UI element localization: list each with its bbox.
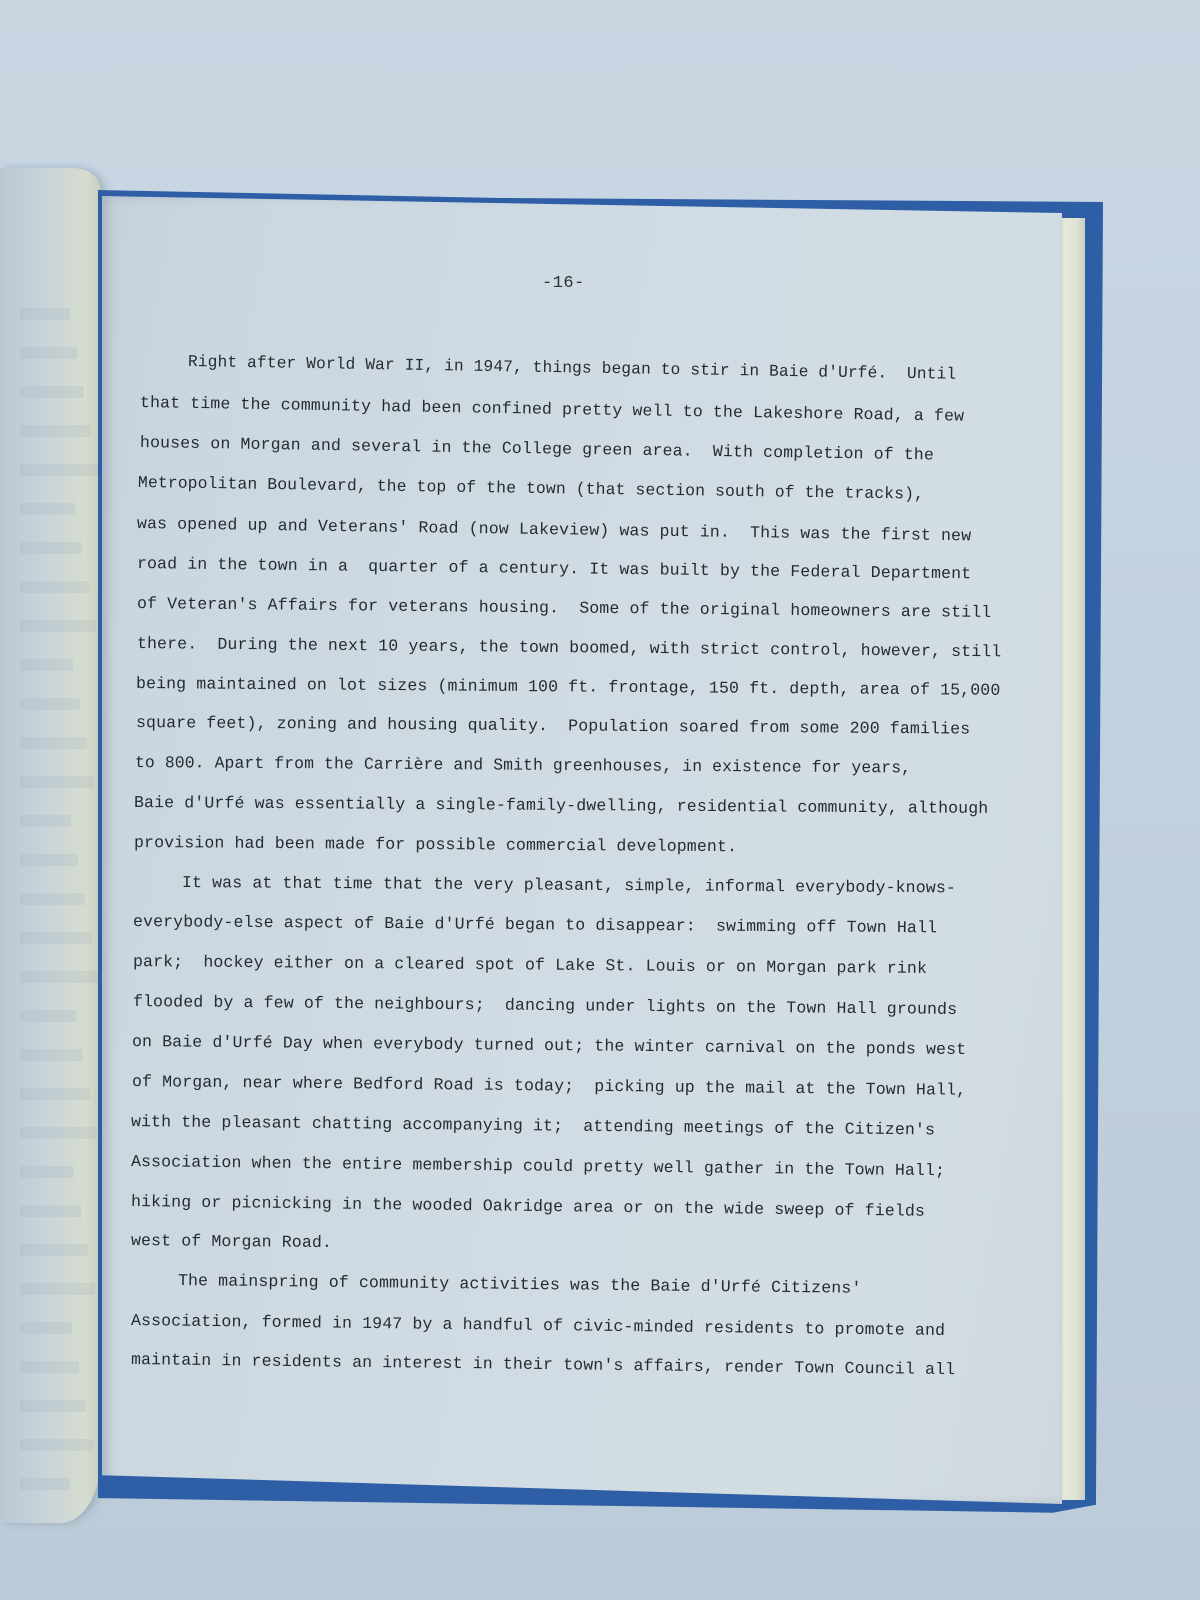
show-through-text xyxy=(20,1439,93,1451)
show-through-text xyxy=(20,737,87,749)
show-through-text xyxy=(20,347,77,359)
show-through-text xyxy=(20,386,84,398)
show-through-text xyxy=(20,620,96,632)
show-through-text xyxy=(20,698,80,710)
page-number: -16- xyxy=(542,274,585,293)
show-through-text xyxy=(20,1010,76,1022)
show-through-text xyxy=(20,659,73,671)
show-through-text xyxy=(20,503,75,515)
show-through-text xyxy=(20,1127,97,1139)
show-through-text xyxy=(20,893,85,905)
show-through-text xyxy=(20,308,70,320)
show-through-text xyxy=(20,1283,95,1295)
show-through-text xyxy=(20,425,91,437)
show-through-text xyxy=(20,776,94,788)
show-through-text xyxy=(20,1049,83,1061)
show-through-text xyxy=(20,1322,72,1334)
show-through-text xyxy=(20,932,92,944)
show-through-text xyxy=(20,1361,79,1373)
show-through-text xyxy=(20,854,78,866)
show-through-text xyxy=(20,542,82,554)
show-through-text xyxy=(20,815,71,827)
show-through-text xyxy=(20,1400,86,1412)
show-through-text xyxy=(20,1244,88,1256)
show-through-text xyxy=(20,464,98,476)
show-through-text xyxy=(20,1205,81,1217)
show-through-text xyxy=(20,1166,74,1178)
show-through-text xyxy=(20,581,89,593)
show-through-text xyxy=(20,971,99,983)
previous-page xyxy=(0,168,100,1523)
show-through-text xyxy=(20,1088,90,1100)
text-line: west of Morgan Road. xyxy=(131,1231,332,1252)
show-through-text xyxy=(20,1478,70,1490)
